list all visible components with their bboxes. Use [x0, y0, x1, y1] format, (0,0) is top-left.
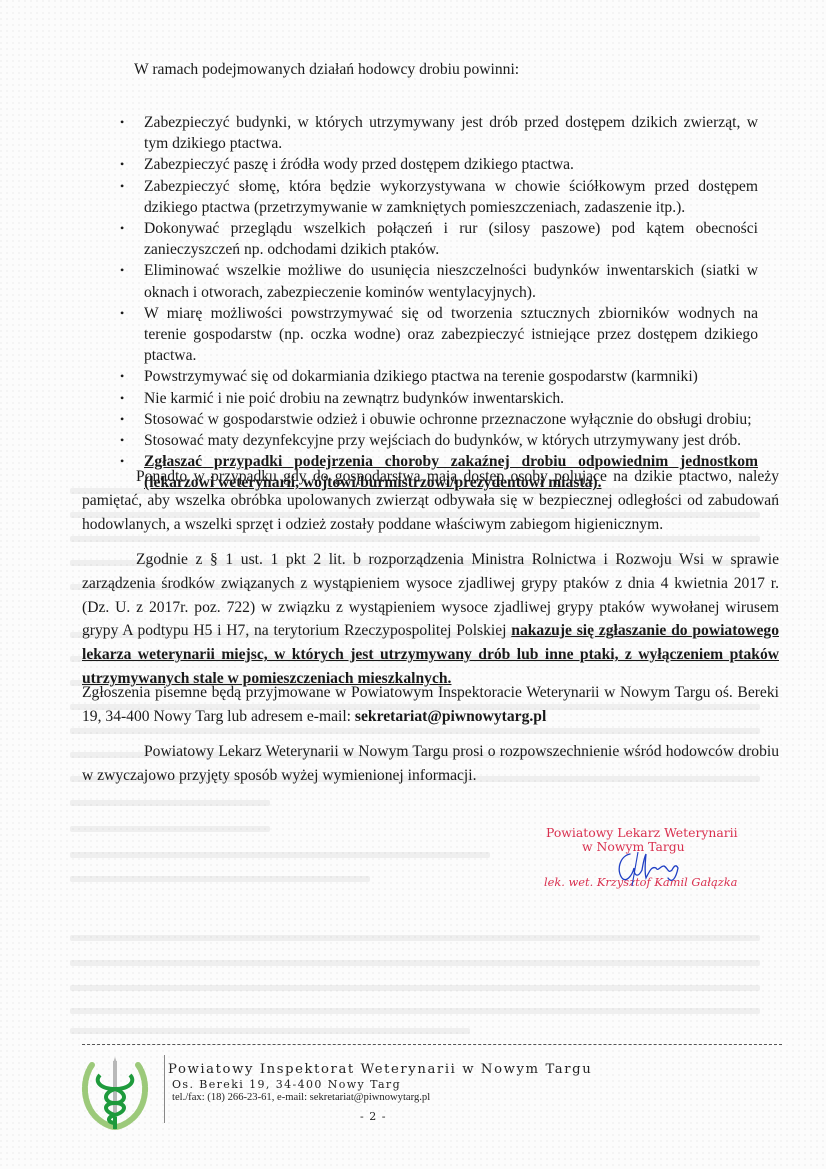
list-item: •Zabezpieczyć budynki, w których utrzymy…: [118, 112, 758, 154]
bullet-icon: •: [120, 366, 124, 387]
bullet-icon: •: [120, 260, 124, 281]
list-item: •Stosować w gospodarstwie odzież i obuwi…: [118, 409, 758, 430]
paragraph-request: Powiatowy Lekarz Weterynarii w Nowym Tar…: [82, 740, 779, 788]
veterinary-inspection-logo-icon: [80, 1055, 150, 1133]
handwritten-signature-icon: [612, 848, 682, 888]
footer-letterhead: Powiatowy Inspektorat Weterynarii w Nowy…: [168, 1062, 592, 1104]
list-item: •Zabezpieczyć słomę, która będzie wykorz…: [118, 176, 758, 218]
bullet-icon: •: [120, 218, 124, 239]
footer-address: Os. Bereki 19, 34-400 Nowy Targ: [168, 1078, 592, 1091]
page-number: - 2 -: [360, 1110, 386, 1123]
bullet-icon: •: [120, 176, 124, 197]
bullet-icon: •: [120, 388, 124, 409]
footer-separator: [164, 1055, 165, 1123]
list-item: •Nie karmić i nie poić drobiu na zewnątr…: [118, 388, 758, 409]
list-item: •Stosować maty dezynfekcyjne przy wejści…: [118, 430, 758, 451]
signature-title: Powiatowy Lekarz Weterynarii: [532, 826, 792, 840]
bullet-icon: •: [120, 409, 124, 430]
email-link[interactable]: sekretariat@piwnowytarg.pl: [355, 708, 546, 725]
intro-text: W ramach podejmowanych działań hodowcy d…: [134, 60, 519, 80]
footer-contact: tel./fax: (18) 266-23-61, e-mail: sekret…: [168, 1091, 592, 1104]
list-item: •Dokonywać przeglądu wszelkich połączeń …: [118, 218, 758, 260]
list-item: •Powstrzymywać się od dokarmiania dzikie…: [118, 366, 758, 387]
bullet-icon: •: [120, 112, 124, 133]
footer-organization: Powiatowy Inspektorat Weterynarii w Nowy…: [168, 1062, 592, 1078]
paragraph-hunting: Ponadto w przypadku gdy do gospodarstwa …: [82, 465, 779, 536]
signature-block: Powiatowy Lekarz Weterynarii w Nowym Tar…: [532, 826, 792, 889]
list-item: •Zabezpieczyć paszę i źródła wody przed …: [118, 154, 758, 175]
document-page: W ramach podejmowanych działań hodowcy d…: [0, 0, 826, 1169]
bullet-icon: •: [120, 303, 124, 324]
list-item: •W miarę możliwości powstrzymywać się od…: [118, 303, 758, 367]
paragraph-submissions: Zgłoszenia pisemne będą przyjmowane w Po…: [82, 681, 779, 729]
paragraph-regulation: Zgodnie z § 1 ust. 1 pkt 2 lit. b rozpor…: [82, 548, 779, 691]
measures-list: •Zabezpieczyć budynki, w których utrzymy…: [118, 112, 758, 494]
footer-divider: [82, 1044, 782, 1045]
bullet-icon: •: [120, 154, 124, 175]
bullet-icon: •: [120, 430, 124, 451]
list-item: •Eliminować wszelkie możliwe do usunięci…: [118, 260, 758, 302]
